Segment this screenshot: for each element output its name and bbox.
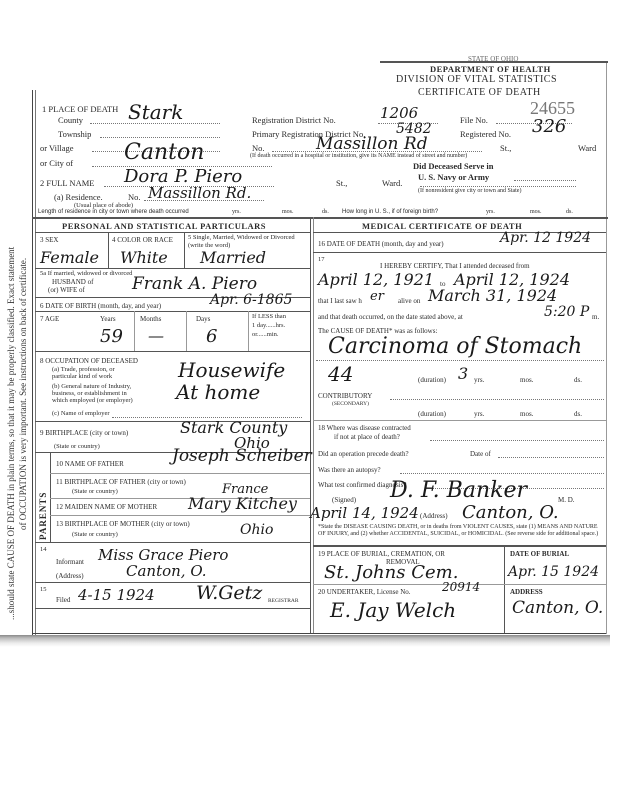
mother-birthplace-label: 13 BIRTHPLACE OF MOTHER (city or town) <box>56 520 190 528</box>
row3-rule <box>35 268 310 269</box>
mother-value: Mary Kitchey <box>188 494 297 513</box>
residence-no-label: No. <box>128 192 141 202</box>
dod-rule <box>313 252 606 253</box>
less-than-label-3: or......min. <box>252 331 279 338</box>
personal-title-rule <box>35 232 310 233</box>
last-saw-date: March 31, 1924 <box>428 286 557 305</box>
contracted-label-2: if not at place of death? <box>334 433 400 441</box>
row5-rule <box>35 311 310 312</box>
row6-rule <box>35 351 310 352</box>
spouse-label-3: (or) WIFE of <box>48 286 85 294</box>
table-top-rule <box>32 217 608 219</box>
item17-num: 17 <box>318 256 325 263</box>
sex-value: Female <box>40 248 99 267</box>
alive-on-label: alive on <box>398 297 420 305</box>
city-label: or City of <box>40 158 73 168</box>
cause-line <box>316 360 604 361</box>
village-label: or Village <box>40 143 74 153</box>
hospital-note: (If death occurred in a hospital or inst… <box>250 153 467 159</box>
row10-rule <box>35 582 310 583</box>
sex-label: 3 SEX <box>40 236 58 244</box>
operation-label: Did an operation precede death? <box>318 450 409 458</box>
burial-date-label: DATE OF BURIAL <box>510 550 569 558</box>
contributory-line <box>390 399 604 400</box>
undertaker-label: 20 UNDERTAKER, License No. <box>318 588 411 596</box>
father-value: Joseph Scheiber <box>172 446 312 466</box>
undertaker-value: E. Jay Welch <box>330 598 456 622</box>
last-saw-label: that I last saw h <box>318 297 362 305</box>
county-label: County <box>58 115 83 125</box>
date-of-label: Date of <box>470 450 491 458</box>
foreign-yrs: yrs. <box>486 209 495 215</box>
employer-label: (c) Name of employer <box>52 410 110 417</box>
cause-value: Carcinoma of Stomach <box>328 334 582 359</box>
name-ward-label: Ward. <box>382 178 402 188</box>
certificate-title: CERTIFICATE OF DEATH <box>418 87 541 98</box>
length-ds: ds. <box>322 209 329 215</box>
st-label: St., <box>500 143 511 153</box>
no-value: Massillon Rd <box>316 134 428 154</box>
dob-label: 6 DATE OF BIRTH (month, day, and year) <box>40 302 161 310</box>
page-edge-shadow <box>0 635 610 647</box>
attended-from: April 12, 1921 <box>318 270 434 289</box>
marital-value: Married <box>200 248 266 267</box>
age-divider-3 <box>248 311 249 351</box>
frame-left <box>32 90 33 635</box>
filed-value: 4-15 1924 <box>78 586 155 604</box>
nonresident-note: (If nonresident give city or town and St… <box>418 188 521 194</box>
registrar-label: REGISTRAR <box>268 598 299 604</box>
cause-code: 44 <box>328 362 353 386</box>
months-label: Months <box>140 315 161 323</box>
spouse-label-2: HUSBAND of <box>52 278 93 286</box>
foreign-label: How long in U. S., if of foreign birth? <box>342 209 438 215</box>
column-divider <box>310 217 311 633</box>
mother-state-label: (State or country) <box>72 531 118 538</box>
abode-note: (Usual place of abode) <box>74 202 133 209</box>
informant-address-label: (Address) <box>56 572 84 580</box>
burial-place-value: St. Johns Cem. <box>324 562 458 583</box>
less-than-label-1: If LESS than <box>252 313 286 320</box>
filed-num: 15 <box>40 586 47 593</box>
autopsy-label: Was there an autopsy? <box>318 466 381 474</box>
industry-label-1: (b) General nature of Industry, <box>52 383 131 390</box>
years-value: 59 <box>100 326 123 347</box>
death-time-label: and that death occurred, on the date sta… <box>318 313 463 321</box>
birthplace-label: 9 BIRTHPLACE (city or town) <box>40 429 128 437</box>
reg-district-label: Registration District No. <box>252 115 336 125</box>
city-value: Canton <box>124 140 204 165</box>
father-birthplace-label: 11 BIRTHPLACE OF FATHER (city or town) <box>56 478 186 486</box>
physician-address-value: Canton, O. <box>462 502 559 523</box>
foreign-ds: ds. <box>566 209 573 215</box>
signed-label: (Signed) <box>332 496 356 504</box>
navy-label-1: Did Deceased Serve in <box>413 161 494 171</box>
date-of-line <box>498 457 604 458</box>
autopsy-line <box>400 473 604 474</box>
father-rule <box>50 473 310 474</box>
contracted-label-1: 18 Where was disease contracted <box>318 424 411 432</box>
industry-label-2: business, or establishment in <box>52 390 127 397</box>
father-state-label: (State or country) <box>72 488 118 495</box>
spouse-label-1: 5a If married, widowed or divorced <box>40 270 132 277</box>
dod-label: 16 DATE OF DEATH (month, day and year) <box>318 240 444 248</box>
township-line <box>100 137 220 138</box>
row11-rule <box>35 608 310 609</box>
residence-label: (a) Residence. <box>54 192 103 202</box>
industry-value: At home <box>176 380 260 404</box>
industry-label-3: which employed (or employer) <box>52 397 133 404</box>
physician-address-label: (Address) <box>420 512 448 520</box>
duration-ds: ds. <box>574 376 582 384</box>
birthplace-state-label: (State or country) <box>54 443 100 450</box>
duration-mos: mos. <box>520 376 533 384</box>
md-label: M. D. <box>558 496 575 504</box>
row9-rule <box>35 542 310 543</box>
duration-label: (duration) <box>418 376 446 384</box>
contributory-label: CONTRIBUTORY <box>318 392 372 400</box>
place-of-death-label: 1 PLACE OF DEATH <box>42 104 118 114</box>
duration-yrs: yrs. <box>474 376 484 384</box>
township-label: Township <box>58 129 91 139</box>
less-than-label-2: 1 day......hrs. <box>252 322 285 329</box>
dod-value: Apr. 12 1924 <box>500 230 591 246</box>
last-saw-pronoun: er <box>370 289 384 304</box>
duration2-yrs: yrs. <box>474 410 484 418</box>
race-value: White <box>120 248 168 267</box>
filed-label: Filed <box>56 596 70 604</box>
no-label: No. <box>252 143 265 153</box>
signed-date: April 14, 1924 <box>310 504 419 522</box>
death-time-value: 5:20 P <box>544 304 589 320</box>
age-divider-1 <box>134 311 135 351</box>
mother-state-value: Ohio <box>240 522 273 538</box>
race-marital-divider <box>184 232 185 268</box>
department-label: DEPARTMENT OF HEALTH <box>430 64 551 74</box>
sex-race-divider <box>108 232 109 268</box>
years-label: Years <box>100 315 116 323</box>
days-label: Days <box>196 315 210 323</box>
division-label: DIVISION OF VITAL STATISTICS <box>396 74 557 85</box>
informant-label: Informant <box>56 558 84 566</box>
medical-section-title: MEDICAL CERTIFICATE OF DEATH <box>362 221 522 231</box>
secondary-label: (SECONDARY) <box>332 401 369 407</box>
column-divider-inner <box>313 217 314 633</box>
residence-value: Massillon Rd. <box>148 184 251 202</box>
navy-line <box>514 180 576 181</box>
navy-label-2: U. S. Navy or Army <box>418 172 489 182</box>
duration-value: 3 <box>458 364 468 383</box>
state-label: STATE OF OHIO <box>468 55 518 63</box>
duration2-label: (duration) <box>418 410 446 418</box>
occupation-label: 8 OCCUPATION OF DECEASED <box>40 357 138 365</box>
registrar-signature: W.Getz <box>196 582 262 604</box>
registered-no-value: 326 <box>532 116 566 137</box>
burial-address-value: Canton, O. <box>512 598 603 618</box>
footnote: *State the DISEASE CAUSING DEATH, or in … <box>318 524 604 538</box>
side-instructions: ...should state CAUSE OF DEATH in plain … <box>2 60 30 620</box>
trade-value: Housewife <box>178 358 285 382</box>
length-mos: mos. <box>282 209 294 215</box>
frame-right <box>606 62 607 634</box>
spouse-value: Frank A. Piero <box>132 274 257 294</box>
age-divider-2 <box>186 311 187 351</box>
dob-value: Apr. 6-1865 <box>210 292 292 308</box>
father-label: 10 NAME OF FATHER <box>56 460 124 468</box>
personal-section-title: PERSONAL AND STATISTICAL PARTICULARS <box>62 221 266 231</box>
trade-label-1: (a) Trade, profession, or <box>52 366 115 373</box>
m-label: m. <box>592 313 599 321</box>
foreign-mos: mos. <box>530 209 542 215</box>
ward-label: Ward <box>578 143 596 153</box>
county-value: Stark <box>128 100 183 124</box>
license-value: 20914 <box>442 580 480 594</box>
burial-date-value: Apr. 15 1924 <box>508 564 599 580</box>
burial-divider <box>504 545 505 633</box>
mother-label: 12 MAIDEN NAME OF MOTHER <box>56 503 157 511</box>
contributory-rule <box>313 420 606 421</box>
parents-label: PARENTS <box>38 492 48 540</box>
informant-address-value: Canton, O. <box>126 562 207 580</box>
mother-birth-rule <box>50 515 310 516</box>
burial-place-label-1: 19 PLACE OF BURIAL, CREMATION, OR <box>318 550 445 558</box>
age-label: 7 AGE <box>40 315 59 323</box>
days-value: 6 <box>206 326 217 347</box>
duration2-mos: mos. <box>520 410 533 418</box>
burial-top-rule <box>313 545 606 547</box>
registered-no-label: Registered No. <box>460 129 511 139</box>
race-label: 4 COLOR OR RACE <box>112 236 173 244</box>
trade-label-2: particular kind of work <box>52 373 112 380</box>
side-note-line2: of OCCUPATION is very important. See ins… <box>18 258 28 530</box>
months-value: — <box>148 326 164 345</box>
full-name-label: 2 FULL NAME <box>40 178 94 188</box>
informant-num: 14 <box>40 546 47 553</box>
name-st-label: St., <box>336 178 347 188</box>
frame-left-inner <box>35 90 36 635</box>
burial-address-label: ADDRESS <box>510 588 543 596</box>
file-no-label: File No. <box>460 115 488 125</box>
length-residence-label: Length of residence in city or town wher… <box>38 209 189 215</box>
contracted-line <box>430 440 604 441</box>
physician-signature: D. F. Banker <box>390 478 527 503</box>
length-yrs: yrs. <box>232 209 241 215</box>
frame-bottom <box>32 633 606 634</box>
nonresident-line <box>420 186 576 187</box>
side-note-line1: ...should state CAUSE OF DEATH in plain … <box>6 247 16 620</box>
certify-text: I HEREBY CERTIFY, That I attended deceas… <box>380 262 530 270</box>
reg-district-value: 1206 <box>380 104 418 122</box>
parents-divider <box>50 452 51 542</box>
duration2-ds: ds. <box>574 410 582 418</box>
